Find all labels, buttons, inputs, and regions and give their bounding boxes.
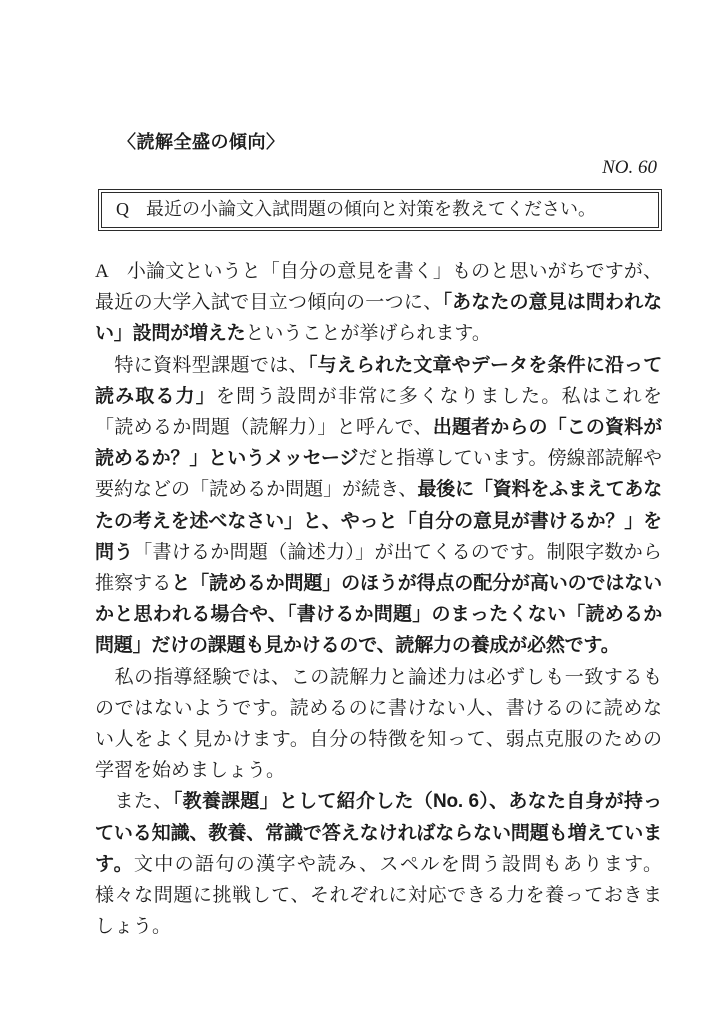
page-number-label: NO. 60 <box>602 157 657 179</box>
text-run: ということが挙げられます。 <box>245 323 490 344</box>
document-page: 〈読解全盛の傾向〉 NO. 60 Q最近の小論文入試問題の傾向と対策を教えてくだ… <box>0 0 725 1032</box>
answer-paragraph-1: A 小論文というと「自分の意見を書く」ものと思いがちですが、最近の大学入試で目立… <box>95 256 662 350</box>
emphasis-run: と「読めるか問題」のほうが得点の配分が高いのではないかと思われる場合や、「書ける… <box>95 573 662 656</box>
answer-paragraph-2: 特に資料型課題では、「与えられた文章やデータを条件に沿って読み取る力」を問う設問… <box>95 350 662 662</box>
question-text: 最近の小論文入試問題の傾向と対策を教えてください。 <box>146 199 596 219</box>
answer-paragraph-4: また、「教養課題」として紹介した（No. 6）、あなた自身が持っている知識、教養… <box>95 786 662 942</box>
answer-paragraph-3: 私の指導経験では、この読解力と論述力は必ずしも一致するものではないようです。読め… <box>95 662 662 787</box>
section-heading: 〈読解全盛の傾向〉 <box>118 128 285 154</box>
text-run: 文中の語句の漢字や読み、スペルを問う設問もあります。様々な問題に挑戦して、それぞ… <box>95 854 662 937</box>
question-box: Q最近の小論文入試問題の傾向と対策を教えてください。 <box>98 189 662 231</box>
text-run: 特に資料型課題では、 <box>95 355 308 376</box>
text-run: 私の指導経験では、この読解力と論述力は必ずしも一致するものではないようです。読め… <box>95 667 662 782</box>
answer-body: A 小論文というと「自分の意見を書く」ものと思いがちですが、最近の大学入試で目立… <box>95 256 662 942</box>
question-box-inner: Q最近の小論文入試問題の傾向と対策を教えてください。 <box>101 192 659 228</box>
text-run: また、 <box>95 791 173 812</box>
question-label: Q <box>116 199 129 219</box>
